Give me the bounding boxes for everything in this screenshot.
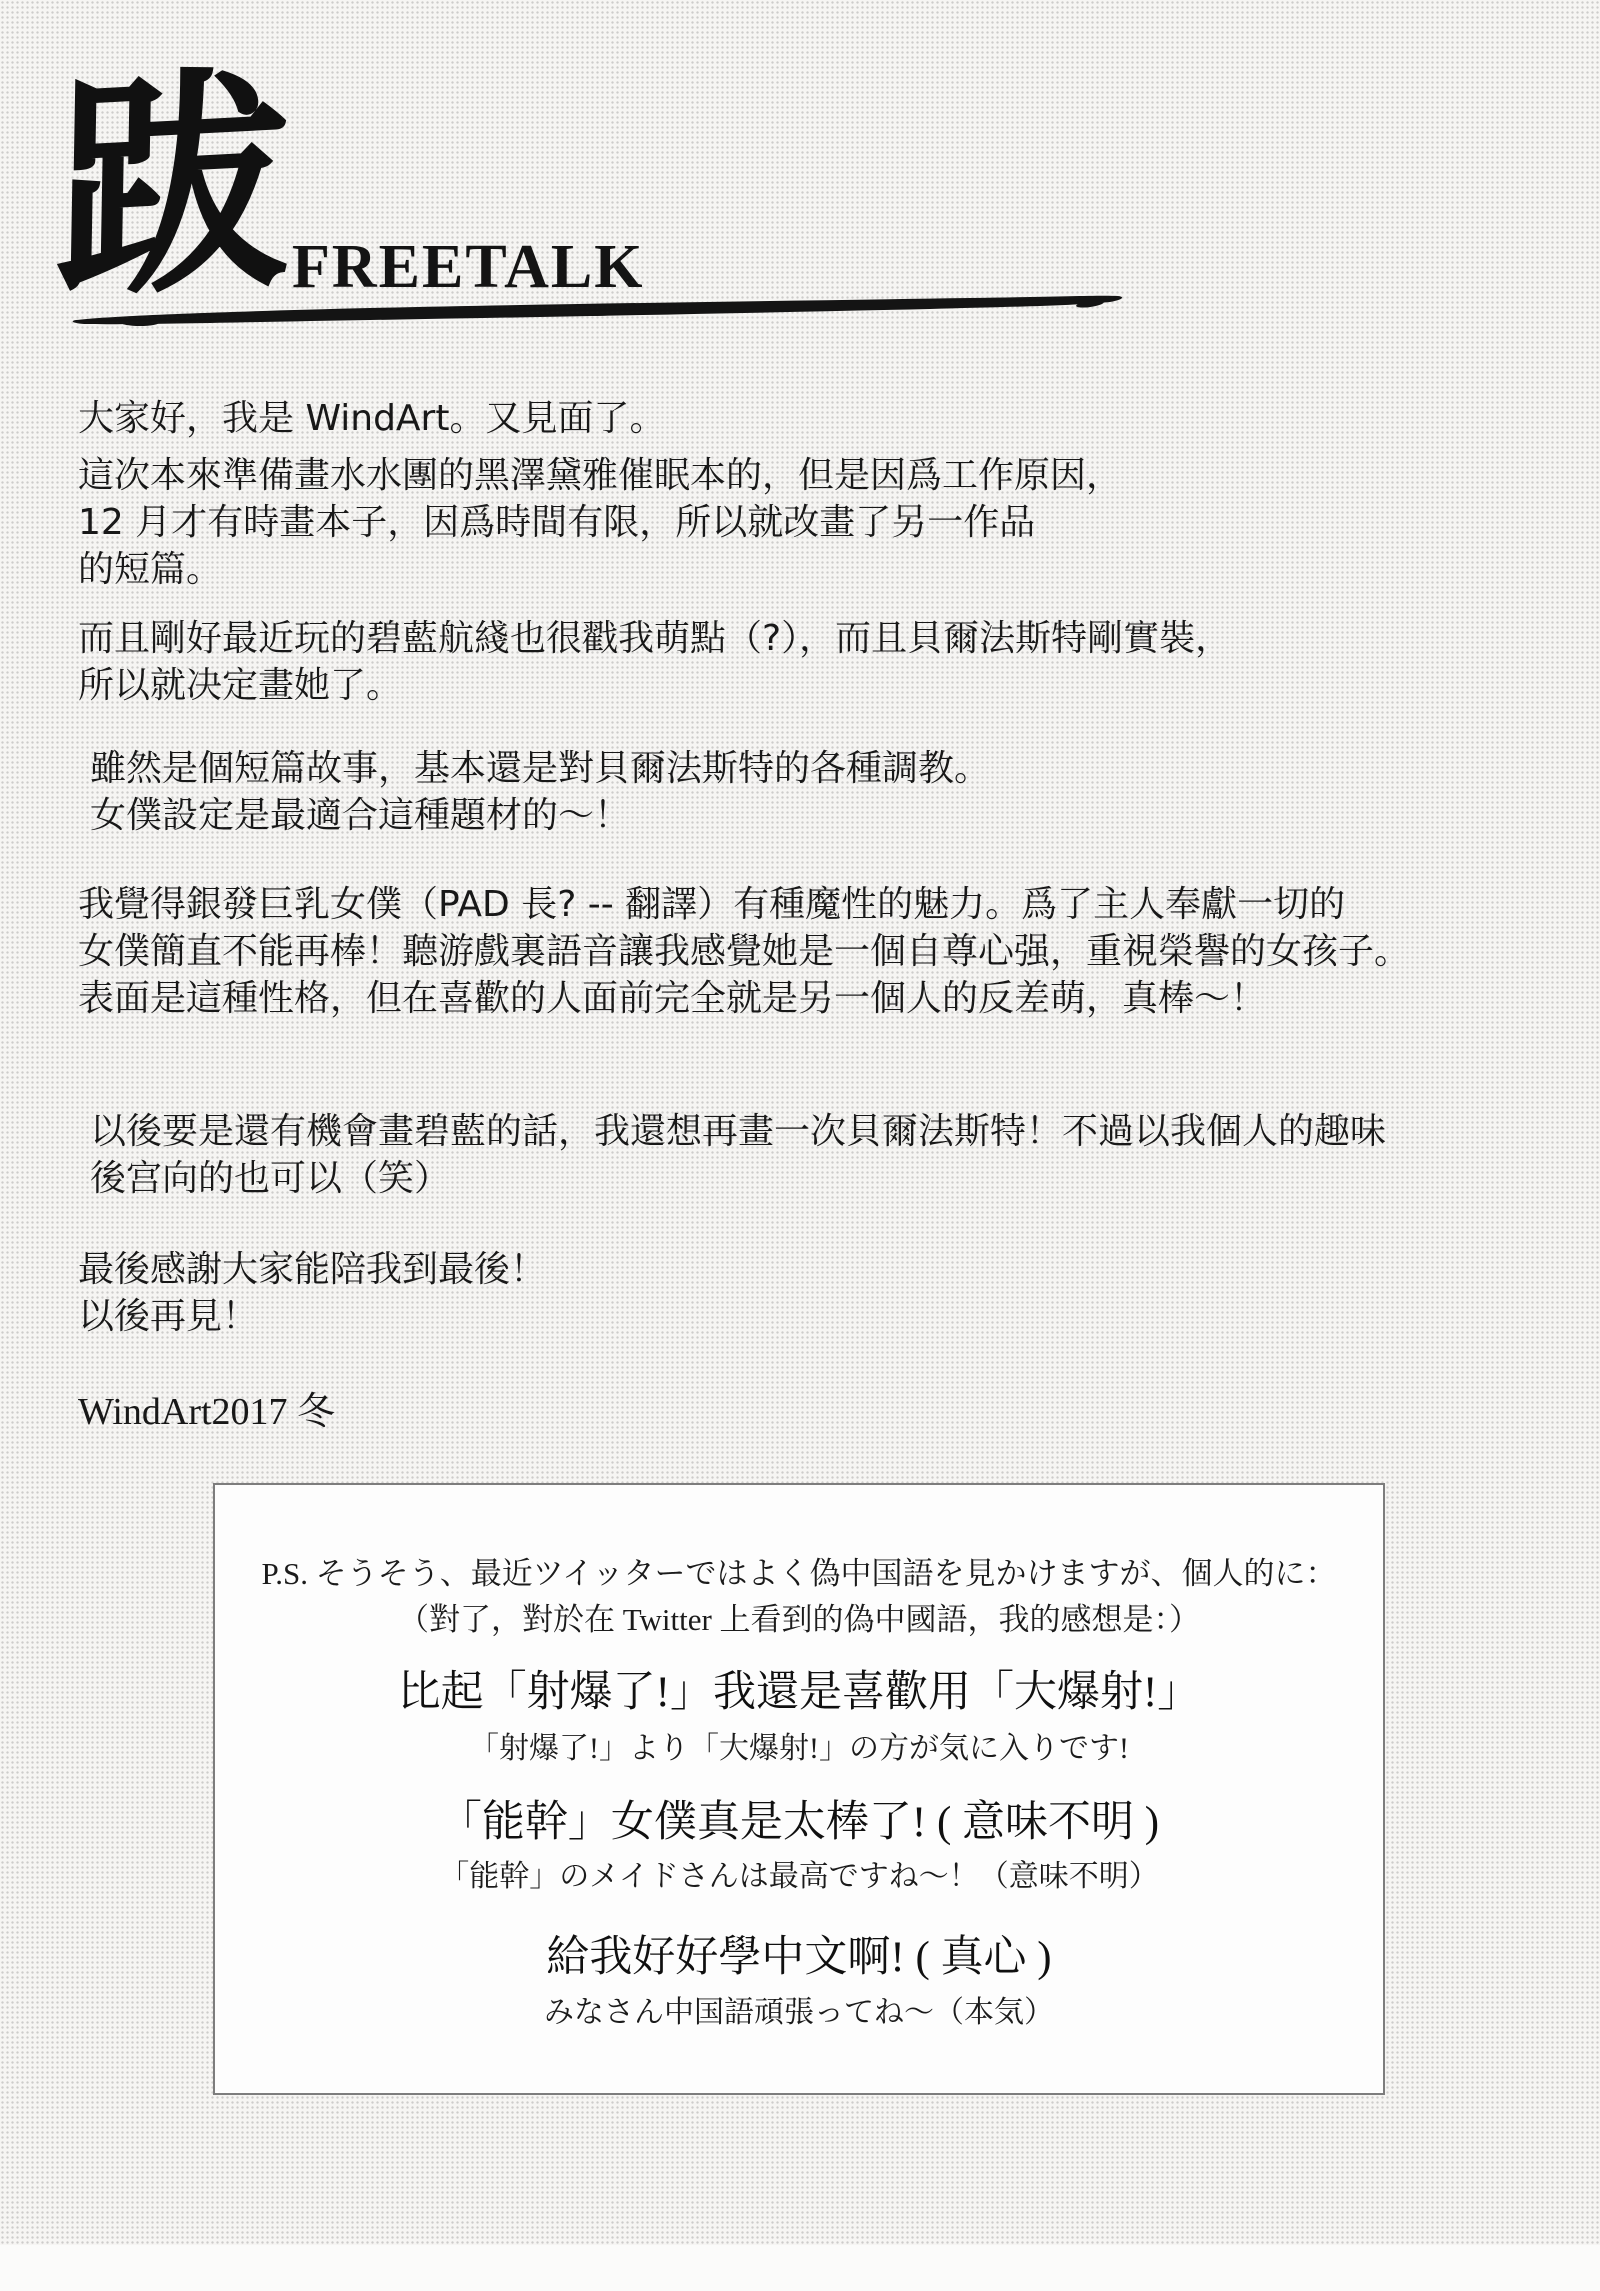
paragraph: 而且剛好最近玩的碧藍航綫也很戳我萌點（?），而且貝爾法斯特剛實裝， 所以就决定畫… — [78, 615, 1548, 709]
text-line: 這次本來準備畫水水團的黑澤黛雅催眠本的，但是因爲工作原因， — [78, 452, 1548, 499]
paragraph: 以後要是還有機會畫碧藍的話，我還想再畫一次貝爾法斯特！不過以我個人的趣味 後宫向… — [78, 1108, 1548, 1202]
text-line: 大家好，我是 WindArt。又見面了。 — [78, 395, 1548, 442]
text-line: 所以就决定畫她了。 — [78, 662, 1548, 709]
author-signature: WindArt2017 冬 — [78, 1380, 1548, 1435]
paragraph: 這次本來準備畫水水團的黑澤黛雅催眠本的，但是因爲工作原因， 12 月才有時畫本子… — [78, 452, 1548, 593]
brush-stroke-underline — [70, 292, 1130, 332]
scan-edge-strip — [0, 2245, 1600, 2291]
ps-note-box: P.S. そうそう、最近ツイッターではよく偽中国語を見かけますが、個人的に： （… — [213, 1483, 1385, 2095]
ps-line-small: 「能幹」のメイドさんは最高ですね～！（意味不明） — [439, 1855, 1158, 1899]
text-line: 女僕簡直不能再棒！聽游戲裏語音讓我感覺她是一個自尊心强，重視榮譽的女孩子。 — [78, 928, 1548, 975]
text-line: 女僕設定是最適合這種題材的～！ — [90, 792, 1548, 839]
afterword-header: 跋 FREETALK — [0, 0, 1600, 360]
afterword-body: 大家好，我是 WindArt。又見面了。 這次本來準備畫水水團的黑澤黛雅催眠本的… — [78, 395, 1548, 1435]
paragraph: 大家好，我是 WindArt。又見面了。 — [78, 395, 1548, 442]
ps-line-chinese-translation: （對了，對於在 Twitter 上看到的偽中國語，我的感想是：） — [398, 1597, 1200, 1643]
text-line: 以後要是還有機會畫碧藍的話，我還想再畫一次貝爾法斯特！不過以我個人的趣味 — [90, 1108, 1548, 1155]
ps-line-big: 給我好好學中文啊! ( 真心 ) — [546, 1932, 1051, 1984]
ps-line-small: 「射爆了!」より「大爆射!」の方が気に入りです! — [469, 1727, 1129, 1771]
paragraph: 雖然是個短篇故事，基本還是對貝爾法斯特的各種調教。 女僕設定是最適合這種題材的～… — [78, 745, 1548, 839]
ps-line-big: 比起「射爆了!」我還是喜歡用「大爆射!」 — [398, 1667, 1201, 1719]
afterword-kanji: 跋 — [53, 64, 292, 312]
text-line: 的短篇。 — [78, 546, 1548, 593]
text-line: 12 月才有時畫本子，因爲時間有限，所以就改畫了另一作品 — [78, 499, 1548, 546]
text-line: 我覺得銀發巨乳女僕（PAD 長? -- 翻譯）有種魔性的魅力。爲了主人奉獻一切的 — [78, 881, 1548, 928]
text-line: 而且剛好最近玩的碧藍航綫也很戳我萌點（?），而且貝爾法斯特剛實裝， — [78, 615, 1548, 662]
text-line: 表面是這種性格，但在喜歡的人面前完全就是另一個人的反差萌，真棒～！ — [78, 975, 1548, 1022]
text-line: 雖然是個短篇故事，基本還是對貝爾法斯特的各種調教。 — [90, 745, 1548, 792]
paragraph: 最後感謝大家能陪我到最後！ 以後再見！ — [78, 1246, 1548, 1340]
paragraph: 我覺得銀發巨乳女僕（PAD 長? -- 翻譯）有種魔性的魅力。爲了主人奉獻一切的… — [78, 881, 1548, 1022]
text-line: 後宫向的也可以（笑） — [90, 1155, 1548, 1202]
text-line: 以後再見！ — [78, 1293, 1548, 1340]
ps-line-big: 「能幹」女僕真是太棒了! ( 意味不明 ) — [439, 1797, 1159, 1849]
ps-line-japanese: P.S. そうそう、最近ツイッターではよく偽中国語を見かけますが、個人的に： — [261, 1551, 1336, 1597]
ps-line-small: みなさん中国語頑張ってね～（本気） — [544, 1991, 1054, 2035]
text-line: 最後感謝大家能陪我到最後！ — [78, 1246, 1548, 1293]
